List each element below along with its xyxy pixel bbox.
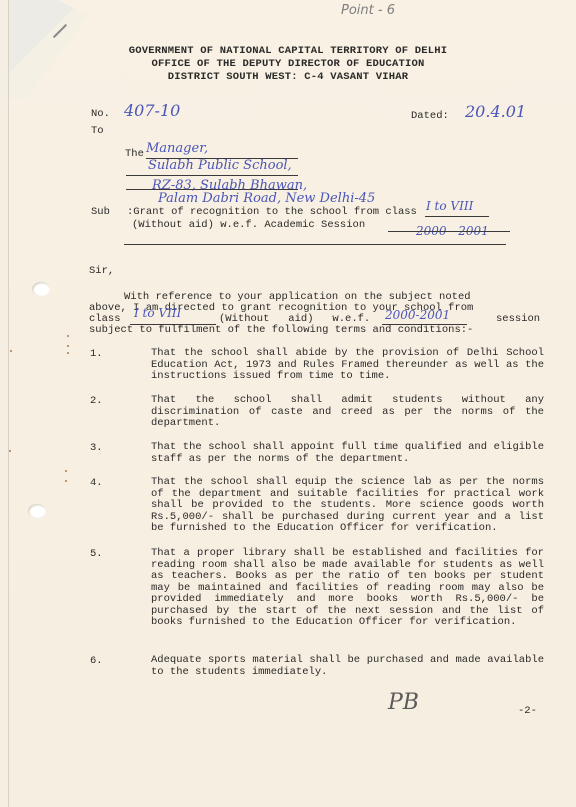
condition-number: 1. [90, 348, 103, 360]
condition-number: 2. [90, 395, 103, 407]
condition-number: 6. [90, 655, 103, 667]
signature-initials: PB [388, 690, 419, 715]
punch-hole-top [32, 282, 50, 296]
greeting: Sir, [89, 265, 114, 277]
intro-session: 2000-2001 [385, 308, 450, 322]
condition-text: That the school shall appoint full time … [151, 442, 544, 465]
subject-label: Sub [91, 206, 110, 218]
subject-underline [124, 244, 506, 245]
paper-speck [65, 470, 67, 472]
paper-speck [67, 352, 69, 354]
condition-number: 4. [90, 477, 103, 489]
condition-text: That the school shall admit students wit… [151, 395, 544, 430]
to-label: To [91, 125, 104, 137]
pencil-annotation: Point - 6 [341, 3, 395, 18]
condition-text: That the school shall equip the science … [151, 477, 544, 535]
subject-line-1: :Grant of recognition to the school from… [127, 206, 417, 218]
addressee-prefix: The [125, 148, 144, 160]
condition-number: 5. [90, 548, 103, 560]
punch-hole-bottom [28, 504, 46, 518]
paper-speck [10, 350, 12, 352]
condition-number: 3. [90, 442, 103, 454]
intro-line-3c: session [496, 313, 540, 325]
paper-speck [65, 480, 67, 482]
address-line-4: Palam Dabri Road, New Delhi-45 [158, 191, 375, 206]
condition-text: Adequate sports material shall be purcha… [151, 655, 544, 678]
header-line-2: OFFICE OF THE DEPUTY DIRECTOR OF EDUCATI… [0, 58, 576, 70]
dated-value: 20.4.01 [465, 102, 526, 121]
subject-class-range: I to VIII [426, 199, 473, 213]
address-line-1: Manager, [146, 141, 208, 156]
header-line-3: DISTRICT SOUTH WEST: C-4 VASANT VIHAR [0, 71, 576, 83]
subject-fill-rule [425, 216, 489, 217]
subject-fill-rule [388, 231, 510, 232]
intro-class-range: I to VIII [134, 306, 181, 320]
condition-text: That a proper library shall be establish… [151, 548, 544, 629]
paper-speck [67, 345, 69, 347]
page-marker: -2- [518, 705, 537, 717]
condition-text: That the school shall abide by the provi… [151, 348, 544, 383]
ref-no-value: 407-10 [124, 101, 180, 120]
address-line-2: Sulabh Public School, [148, 158, 292, 173]
address-rule [126, 189, 298, 190]
paper-speck [9, 450, 11, 452]
header-line-1: GOVERNMENT OF NATIONAL CAPITAL TERRITORY… [0, 45, 576, 57]
subject-line-2: (Without aid) w.e.f. Academic Session [132, 219, 365, 231]
intro-line-4: subject to fulfilment of the following t… [89, 324, 473, 336]
address-rule [126, 175, 298, 176]
paper-speck [67, 335, 69, 337]
dated-label: Dated: [411, 110, 449, 122]
ref-no-label: No. [91, 108, 110, 120]
